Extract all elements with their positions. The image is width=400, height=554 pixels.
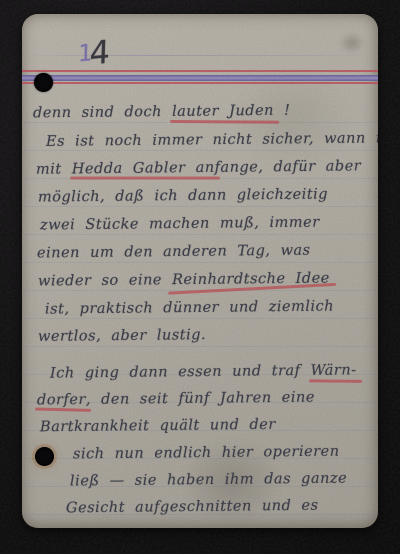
red-underlined-text: Hedda Gabler: [72, 160, 186, 177]
handwriting-text-segment: wieder so eine: [38, 272, 172, 289]
handwriting-text-segment: ist, praktisch dünner und ziemlich: [45, 298, 334, 317]
handwriting-line: Ich ging dann essen und traf Wärn-: [50, 360, 357, 383]
red-underlined-text: Wärn-: [311, 362, 357, 378]
handwriting-line: wieder so eine Reinhardtsche Idee: [38, 268, 330, 291]
handwriting-text-segment: Es ist noch immer nicht sicher, wann ich: [46, 130, 378, 150]
handwriting-line: Bartkrankheit quält und der: [40, 415, 276, 437]
handwriting-text-segment: ließ — sie haben ihm das ganze: [70, 471, 347, 490]
handwriting-text-segment: Bartkrankheit quält und der: [40, 417, 276, 435]
handwriting-text-segment: Ich ging dann essen und traf: [50, 363, 311, 382]
handwriting-text-segment: sich nun endlich hier operieren: [73, 444, 340, 463]
handwriting-line: ließ — sie haben ihm das ganze: [70, 469, 347, 492]
handwriting-line: möglich, daß ich dann gleichzeitig: [38, 184, 328, 207]
handwriting-line: denn sind doch lauter Juden !: [33, 101, 291, 124]
handwriting-text-segment: !: [274, 103, 291, 119]
handwriting-line: zwei Stücke machen muß, immer: [40, 213, 320, 236]
handwriting-text-segment: mit: [36, 161, 72, 177]
handwriting-line: einen um den anderen Tag, was: [37, 241, 311, 264]
handwriting-text-segment: möglich, daß ich dann gleichzeitig: [38, 186, 328, 205]
red-underlined-text: dorfer: [37, 392, 86, 409]
handwriting-text-segment: denn sind doch: [33, 104, 172, 121]
handwriting-text-segment: Gesicht aufgeschnitten und es: [66, 498, 319, 517]
handwriting-line: sich nun endlich hier operieren: [73, 442, 340, 465]
red-underlined-text: lauter Juden: [172, 103, 274, 120]
handwriting-text-segment: zwei Stücke machen muß, immer: [40, 215, 320, 234]
handwriting-line: dorfer, den seit fünf Jahren eine: [37, 388, 315, 411]
handwriting-text: denn sind doch lauter Juden !Es ist noch…: [22, 14, 378, 528]
handwriting-text-segment: anfange, dafür aber: [185, 158, 361, 176]
red-underlined-text: Reinhardtsche Idee: [172, 270, 330, 288]
handwriting-line: mit Hedda Gabler anfange, dafür aber: [36, 156, 361, 179]
handwriting-text-segment: einen um den anderen Tag, was: [37, 243, 311, 262]
handwriting-text-segment: , den seit fünf Jahren eine: [86, 390, 315, 408]
notebook-cover-background: 14 denn sind doch lauter Juden !Es ist n…: [0, 0, 400, 554]
handwriting-line: wertlos, aber lustig.: [38, 325, 206, 347]
handwriting-line: Es ist noch immer nicht sicher, wann ich: [46, 128, 378, 152]
handwriting-line: Gesicht aufgeschnitten und es: [66, 496, 319, 519]
handwriting-text-segment: wertlos, aber lustig.: [38, 327, 206, 345]
notebook-page: 14 denn sind doch lauter Juden !Es ist n…: [22, 14, 378, 528]
handwriting-line: ist, praktisch dünner und ziemlich: [45, 296, 334, 319]
